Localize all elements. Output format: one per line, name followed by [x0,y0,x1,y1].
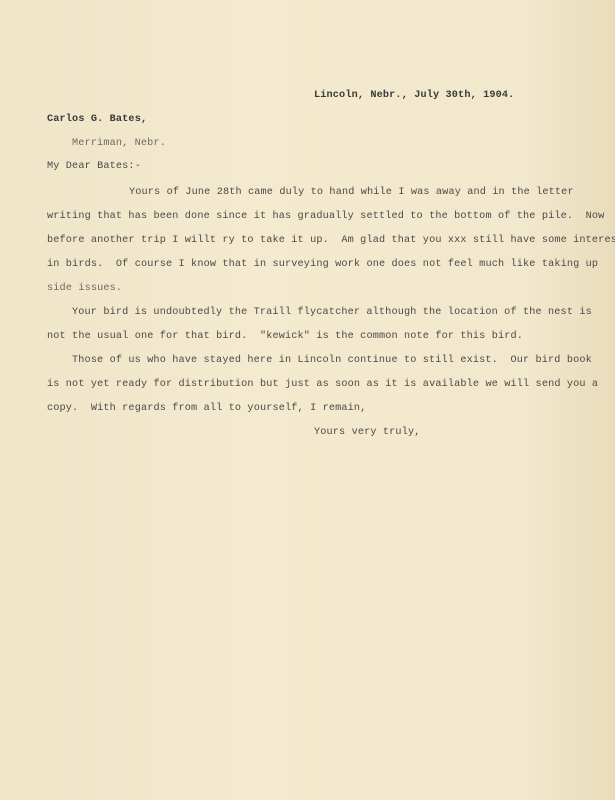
closing: Yours very truly, [314,427,420,438]
paragraph-1-line-5: side issues. [47,283,122,294]
paragraph-1-line-4: in birds. Of course I know that in surve… [47,259,598,270]
paragraph-3-line-3: copy. With regards from all to yourself,… [47,403,366,414]
paragraph-3-line-1: Those of us who have stayed here in Linc… [72,355,592,366]
recipient-name: Carlos G. Bates, [47,114,147,125]
paragraph-2-line-1: Your bird is undoubtedly the Traill flyc… [72,307,592,318]
paragraph-1-line-1: Yours of June 28th came duly to hand whi… [129,187,574,198]
paragraph-2-line-2: not the usual one for that bird. "kewick… [47,331,523,342]
dateline: Lincoln, Nebr., July 30th, 1904. [314,90,514,101]
paragraph-1-line-2: writing that has been done since it has … [47,211,604,222]
recipient-location: Merriman, Nebr. [72,138,166,149]
salutation: My Dear Bates:- [47,161,141,172]
paragraph-3-line-2: is not yet ready for distribution but ju… [47,379,598,390]
letter-page: Lincoln, Nebr., July 30th, 1904. Carlos … [0,0,615,800]
paragraph-1-line-3: before another trip I willt ry to take i… [47,235,615,246]
